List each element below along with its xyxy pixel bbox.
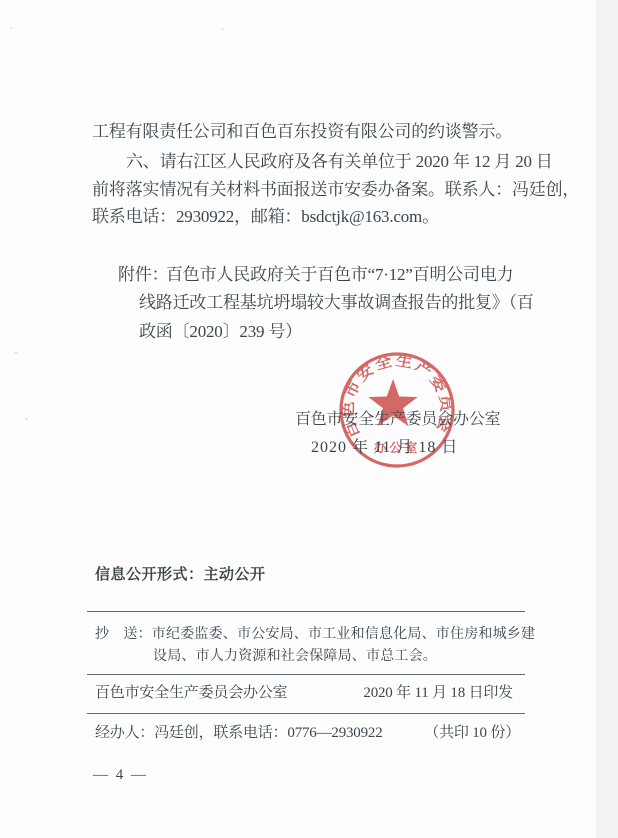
attachment-line2: 线路迁改工程基坑坍塌较大事故调查报告的批复》（百 — [139, 292, 534, 314]
closing-line: 工程有限责任公司和百色百东投资有限公司的约谈警示。 — [92, 121, 512, 143]
cc-line1: 抄 送：市纪委监委、市公安局、市工业和信息化局、市住房和城乡建 — [95, 626, 535, 644]
scan-speck — [14, 352, 18, 354]
item6-line2: 前将落实情况有关材料书面报送市安委办备案。联系人：冯廷创， — [92, 179, 579, 201]
scan-speck — [221, 28, 224, 30]
signature-org: 百色市安全生产委员会办公室 — [295, 410, 500, 430]
divider-rule — [87, 674, 525, 675]
scan-speck — [25, 418, 28, 420]
cc-line2: 设局、市人力资源和社会保障局、市总工会。 — [153, 648, 437, 666]
signature-date: 2020 年 11 月 18 日 — [311, 438, 458, 458]
scan-edge-strip — [596, 0, 618, 838]
page-number: — 4 — — [93, 766, 148, 785]
imprint-copies: （共印 10 份） — [424, 724, 520, 743]
divider-rule — [87, 611, 525, 612]
document-page: 工程有限责任公司和百色百东投资有限公司的约谈警示。 六、请右江区人民政府及各有关… — [0, 0, 618, 838]
imprint-handler: 经办人：冯廷创，联系电话：0776—2930922 — [95, 724, 383, 743]
imprint-issue-date: 2020 年 11 月 18 日印发 — [363, 684, 513, 703]
disclosure-line: 信息公开形式：主动公开 — [95, 564, 266, 586]
item6-line3: 联系电话：2930922，邮箱：bsdctjk@163.com。 — [92, 206, 439, 228]
attachment-line3: 政函〔2020〕239 号） — [139, 321, 302, 343]
divider-rule — [87, 713, 525, 714]
attachment-line1: 百色市人民政府关于百色市“7·12”百明公司电力 — [166, 264, 513, 286]
item6-line1: 六、请右江区人民政府及各有关单位于 2020 年 12 月 20 日 — [126, 151, 553, 173]
attachment-label: 附件： — [118, 264, 168, 286]
imprint-issuer: 百色市安全生产委员会办公室 — [95, 684, 287, 703]
scan-speck — [10, 27, 13, 29]
